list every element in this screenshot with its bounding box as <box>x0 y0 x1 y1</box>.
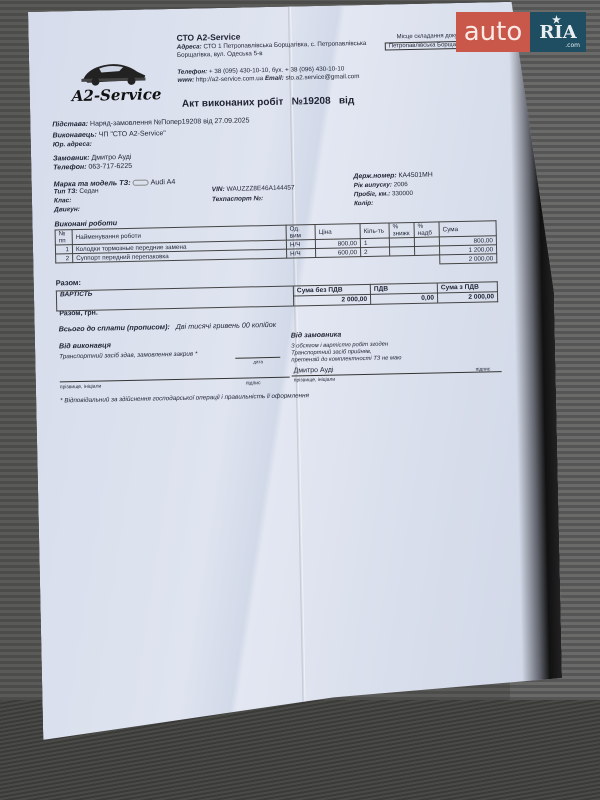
col-markup: % надб <box>414 222 439 238</box>
mileage-label: Пробіг, км.: <box>354 190 390 198</box>
vin-row: VIN: WAUZZZ8E46A144457 <box>212 184 295 193</box>
executor-name-caption: прізвище, ініціали <box>60 384 102 391</box>
year-value: 2006 <box>394 181 408 188</box>
vin-label: VIN: <box>212 186 225 193</box>
cost-total-label: Разом, грн. <box>59 310 98 318</box>
in-words-value: Дві тисячі гривень 00 копійок <box>176 320 276 331</box>
act-from: від <box>339 95 355 106</box>
act-number: №19208 <box>292 96 331 108</box>
customer-label: Замовник: <box>53 155 90 163</box>
company-logo: A2-Service <box>71 57 167 109</box>
customer-row: Замовник: Дмитро Ауді <box>53 154 131 163</box>
audi-rings-icon <box>132 180 148 186</box>
vin-value: WAUZZZ8E46A144457 <box>226 184 294 192</box>
watermark-suffix: .com <box>565 42 580 49</box>
vat-value: 0,00 <box>370 293 437 304</box>
email-value: sto.a2.service@gmail.com <box>286 73 360 82</box>
plate-value: КА4501МН <box>398 172 432 180</box>
watermark-ria: ★ RIA .com <box>530 12 586 52</box>
car-wrench-icon <box>79 57 150 88</box>
act-document: A2-Service СТО A2-Service Адреса: СТО 1 … <box>28 1 563 740</box>
address-label: Адреса: <box>177 43 202 51</box>
executor-sign-text: Транспортний засіб здав, замовлення закр… <box>59 351 197 361</box>
col-qty: Кіль-ть <box>360 223 389 239</box>
www-value: http://a2-service.com.ua <box>196 75 263 83</box>
col-price: Ціна <box>315 224 360 240</box>
company-name: СТО A2-Service <box>176 32 240 43</box>
act-title: Акт виконаних робіт №19208 від <box>182 95 355 110</box>
company-address-line2: Борщагівка, вул. Одеська 5-в <box>177 50 263 59</box>
with-vat-value: 2 000,00 <box>437 292 497 303</box>
engine-label: Двигун: <box>54 206 80 214</box>
basis-value: Наряд-замовлення №Попер19208 від 27.09.2… <box>90 117 250 127</box>
in-words-row: Всього до сплати (прописом): Дві тисячі … <box>59 320 277 334</box>
date-caption: дата <box>253 359 263 364</box>
customer-name-caption: прізвище, ініціали <box>294 377 336 384</box>
customer-phone-value: 063-717-6225 <box>88 163 132 171</box>
watermark-auto: auto <box>456 12 530 52</box>
customer-sign-line1: З обсягом і вартістю робіт згоден <box>291 342 388 350</box>
class-label: Клас: <box>54 197 72 204</box>
make-model-value: Audi A4 <box>150 177 175 187</box>
customer-sign-line3: претензій до комплектності ТЗ не маю <box>291 355 401 363</box>
legal-address-label: Юр. адреса: <box>53 141 92 149</box>
works-title: Виконані роботи <box>54 218 117 228</box>
type-row: Тип ТЗ: Седан <box>54 188 99 196</box>
customer-phone-row: Телефон: 063-717-6225 <box>53 163 132 172</box>
works-total-sum: 2 000,00 <box>440 254 497 264</box>
mileage-row: Пробіг, км.: 330000 <box>354 190 413 198</box>
customer-sign-title: Від замовника <box>291 332 342 340</box>
no-vat-value: 2 000,00 <box>294 294 371 306</box>
www-label: www: <box>177 77 194 84</box>
phone-label: Телефон: <box>177 68 207 76</box>
customer-name-value: Дмитро Ауді <box>294 367 334 375</box>
mileage-value: 330000 <box>392 190 413 197</box>
act-title-text: Акт виконаних робіт <box>182 97 284 110</box>
star-icon: ★ <box>552 15 561 26</box>
email-label: Email: <box>265 75 284 82</box>
col-unit: Од. вим <box>286 225 315 241</box>
logo-text: A2-Service <box>72 85 162 105</box>
autoria-watermark: auto ★ RIA .com <box>456 12 586 52</box>
basis-label: Підстава: <box>52 121 88 129</box>
row-number: 2 <box>56 254 73 263</box>
type-label: Тип ТЗ: <box>54 188 78 195</box>
basis-row: Підстава: Наряд-замовлення №Попер19208 в… <box>52 117 249 128</box>
executor-value: ЧП "СТО A2-Service" <box>99 130 166 138</box>
type-value: Седан <box>79 188 98 195</box>
techpassport-label: Техпаспорт №: <box>212 195 263 203</box>
in-words-label: Всього до сплати (прописом): <box>59 322 170 333</box>
cost-title: ВАРТІСТЬ <box>60 287 290 299</box>
document-paper: A2-Service СТО A2-Service Адреса: СТО 1 … <box>28 1 563 740</box>
col-discount: % знижк <box>389 222 414 238</box>
works-table: № пп Найменування роботи Од. вим Ціна Кі… <box>55 220 498 272</box>
customer-value: Дмитро Ауді <box>91 154 131 162</box>
cost-table: ВАРТІСТЬ Сума без ПДВ ПДВ Сума з ПДВ 2 0… <box>56 281 498 311</box>
col-sum: Сума <box>439 221 496 237</box>
year-label: Рік випуску: <box>354 181 392 189</box>
executor-sign-title: Від виконавця <box>59 340 111 350</box>
plate-label: Держ.номер: <box>353 172 396 180</box>
row-number: 1 <box>55 245 72 254</box>
make-model-row: Марка та модель ТЗ: Audi A4 <box>54 177 176 189</box>
works-total-label: Разом: <box>56 278 81 288</box>
color-label: Колір: <box>354 200 373 207</box>
customer-phone-label: Телефон: <box>53 164 86 172</box>
executor-label: Виконавець: <box>53 132 97 140</box>
executor-row: Виконавець: ЧП "СТО A2-Service" <box>53 130 166 139</box>
col-number: № пп <box>55 230 72 245</box>
year-row: Рік випуску: 2006 <box>354 181 408 189</box>
plate-row: Держ.номер: КА4501МН <box>353 172 432 181</box>
customer-sign-caption: підпис <box>476 366 491 372</box>
footnote: * Відповідальний за здійснення господарс… <box>60 392 309 404</box>
cost-cell: ВАРТІСТЬ <box>56 286 293 311</box>
executor-sign-caption: підпис <box>246 380 261 386</box>
